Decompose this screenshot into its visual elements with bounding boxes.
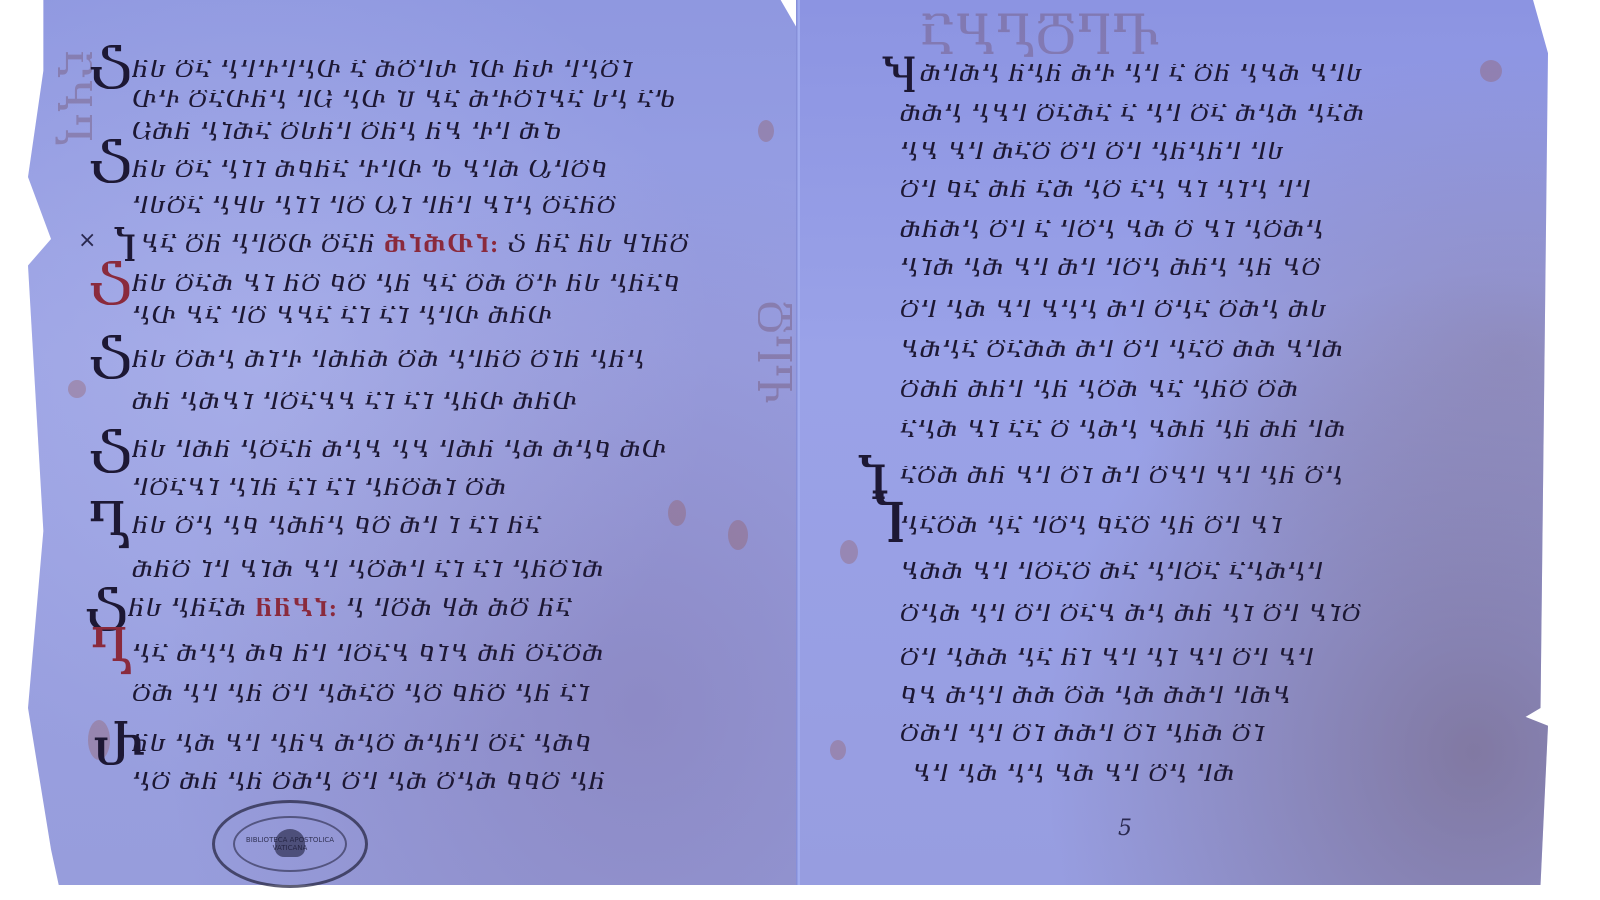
text-line: Ⴂ ႤႣႫ ႷႫ ႫႣ ႬႠ (346, 598, 573, 620)
text-line: ႢႧ ႡႠ ႤႣ ႡႡႠ ႠႨ ႠႨ ႢႤႧ ႫႬႧ (132, 306, 553, 328)
rubric-heading: ႬႬႡႨ: (255, 598, 338, 620)
text-line: ႬႱ ႣႢ ႢႩ ႢႫႬႢ ႩႣ ႫႤ Ⴈ ႠႨ ႬႠ (132, 516, 542, 538)
initial-letter: Ⴢ (88, 46, 133, 98)
initial-letter: Ⴢ (88, 430, 133, 482)
text-line: ႫႬ ႢႫႡႨ ႤႣႠႡႡ ႠႨ ႠႨ ႢႬႧ ႫႬႧ (132, 392, 578, 414)
text-line: ႣႫ ႢႤ ႢႬ ႣႤ ႢႫႠႣ ႢႣ ႩႬႣ ႢႬ ႠႨ (132, 684, 590, 706)
manuscript-left-page: ႠႡႢ ႣႤႥ Ⴢ ႬႱ ႣႠ ႢႤႥႤႢႧ Ⴀ ႫႣႤႰ ႨႧ ႬႰ ႤႢႣႨ… (28, 0, 796, 885)
text-line: ႡႠ ႣႬ ႢႤႣႧ ႣႠႬ ႫႨႫႧႨ: Ⴢ ႬႠ ႬႱ ႷႨႬႣ (140, 234, 690, 256)
margin-mark: × (78, 228, 96, 253)
right-page-text: Ⴏ ႫႤႫႢ ႬႢႬ ႫႥ ႢႤ Ⴀ ႣႬ ႢႡႫ ႡႤႱ ႫႫႢ ႢႡႤ ႣႠ… (800, 0, 1548, 885)
text-line: ႬႱ ႢႬႠႫ (128, 598, 247, 620)
text-line: ႣႤ ႢႫ ႡႤ ႡႢႢ ႫႤ ႣႢႠ ႣႫႢ ႫႱ (900, 300, 1327, 322)
text-line: ႣႤ ႢႫႫ ႢႠ ႬႨ ႡႤ ႢႨ ႡႤ ႣႤ ႡႤ (900, 648, 1315, 670)
initial-letter: Ⴏ (882, 52, 917, 104)
text-line: ႡႤ ႢႫ ႢႢ ႡႫ ႡႤ ႣႢ ႤႫ (912, 764, 1235, 786)
initial-letter: Ⴂ (88, 502, 131, 554)
text-line: ႫႬႣ ႨႤ ႡႨႫ ႡႤ ႢႣႫႤ ႠႨ ႠႨ ႢႬႣႨႫ (132, 560, 604, 582)
text-line: ႠႢႫ ႡႨ ႠႠ Ⴃ ႢႫႢ ႡႫႬ ႢႬ ႫႬ ႤႫ (900, 420, 1346, 442)
text-line: ႺႫႬ ႢႨႫႠ ႣႱႬႤ ႣႬႢ ႬႡ ႥႤ ႫႦ (132, 122, 563, 144)
text-line: ႡႫႫ ႡႤ ႤႣႠႣ ႫႠ ႢႤႣႠ ႠႢႫႢႤ (900, 562, 1324, 584)
initial-letter-red: Ⴢ (88, 262, 133, 314)
text-line: ႤႱႣႠ ႢႷႱ ႢႨႨ ႤႣ ႭႨ ႤႬႤ ႡႨႢ ႣႠႬႣ (132, 196, 617, 218)
manuscript-right-page: ႠႡႢႣႤႥ Ⴏ ႫႤႫႢ ႬႢႬ ႫႥ ႢႤ Ⴀ ႣႬ ႢႡႫ ႡႤႱ ႫႫႢ… (800, 0, 1548, 885)
text-line: ႧႥ ႣႠႧႬႢ ႤႺ ႢႧ Ⴎ ႡႠ ႫႥႣႨႡႠ ႱႢ ႠႪ (132, 90, 676, 112)
text-line: ႣႫႬ ႫႬႤ ႢႬ ႢႣႫ ႡႠ ႢႬႣ ႣႫ (900, 380, 1299, 402)
initial-letter-red: Ⴂ (90, 628, 133, 680)
text-line: ႣႤ ႩႠ ႫႬ ႠႫ ႢႣ ႠႢ ႡႨ ႢႨႢ ႤႤ (900, 180, 1312, 202)
text-line: ႬႱ ႣႠ ႢႨႨ ႫႩႬႠ ႥႤႧ Ⴊ ႡႤႫ ႭႤႣႩ (132, 160, 608, 182)
stamp-emblem-icon (275, 829, 305, 857)
text-line: ႢႡ ႡႤ ႫႠႣ ႣႤ ႣႤ ႢႬႢႬႤ ႤႱ (900, 142, 1285, 164)
text-line: ႫႫႢ ႢႡႤ ႣႠႫႠ Ⴀ ႢႤ ႣႠ ႫႢႫ ႢႠႫ (900, 104, 1365, 126)
text-line: ႫႬႫႢ ႣႤ Ⴀ ႤႣႢ ႡႫ Ⴃ ႡႨ ႢႣႫႢ (900, 220, 1325, 242)
text-line: ႢႨႫ ႢႫ ႡႤ ႫႤ ႤႣႢ ႫႬႢ ႢႬ ႡႣ (900, 258, 1322, 280)
left-page-text: Ⴢ ႬႱ ႣႠ ႢႤႥႤႢႧ Ⴀ ႫႣႤႰ ႨႧ ႬႰ ႤႢႣႨ ႧႥ ႣႠႧႬ… (28, 0, 796, 885)
text-line: ႬႱ ႣႠ ႢႤႥႤႢႧ Ⴀ ႫႣႤႰ ႨႧ ႬႰ ႤႢႣႨ (132, 60, 634, 82)
initial-letter: Ⴢ (88, 336, 133, 388)
text-line: ႡႠ ႣႬ ႢႤႣႧ ႣႠႬ (140, 234, 376, 256)
initial-letter: Ⴢ (88, 140, 133, 192)
text-line: ႫႤႫႢ ႬႢႬ ႫႥ ႢႤ Ⴀ ႣႬ ႢႡႫ ႡႤႱ (920, 64, 1363, 86)
text-line: ႬႱ ႢႬႠႫ ႬႬႡႨ: Ⴂ ႤႣႫ ႷႫ ႫႣ ႬႠ (128, 598, 573, 620)
text-line: ႤႣႠႡႨ ႢႨႬ ႠႨ ႠႨ ႢႬႣႫႨ ႣႫ (132, 478, 507, 500)
text-line: ႬႱ ႣႫႢ ႫႨႥ ႤႫႬႫ ႣႫ ႢႤႬႣ ႣႨႬ ႢႬႢ (132, 350, 646, 372)
text-line: Ⴢ ႬႠ ႬႱ ႷႨႬႣ (507, 234, 689, 256)
text-line: ႢႠႣႫ ႢႠ ႤႣႢ ႩႠႣ ႢႬ ႣႤ ႡႨ (900, 516, 1283, 538)
text-line: ႠႣႫ ႫႬ ႡႤ ႣႨ ႫႤ ႣႡႤ ႡႤ ႢႬ ႣႢ (900, 466, 1344, 488)
text-line: ႩႡ ႫႢႤ ႫႫ ႣႫ ႢႫ ႫႫႤ ႤႫႡ (900, 686, 1292, 708)
text-line: ႢႠ ႫႢႢ ႫႩ ႬႤ ႤႣႠႡ ႩႨႡ ႫႬ ႣႠႣႫ (132, 644, 604, 666)
text-line: ႡႫႢႠ ႣႠႫႫ ႫႤ ႣႤ ႢႠႣ ႫႫ ႡႤႫ (900, 340, 1344, 362)
text-line: ႢႣ ႫႬ ႢႬ ႣႫႢ ႣႤ ႢႫ ႣႢႫ ႩႩႣ ႢႬ (132, 772, 606, 794)
text-line: ႣႢႫ ႢႤ ႣႤ ႣႠႡ ႫႢ ႫႬ ႢႨ ႣႤ ႡႨႣ (900, 604, 1362, 626)
folio-number: 5 (1118, 816, 1132, 841)
library-stamp: BIBLIOTECA APOSTOLICA VATICANA (212, 800, 368, 888)
text-line: ႬႱ ႣႠႫ ႡႨ ႬႣ ႩႣ ႢႬ ႡႠ ႣႫ ႣႥ ႬႱ ႢႬႠႩ (132, 274, 681, 296)
rubric-heading: ႫႨႫႧႨ: (384, 234, 499, 256)
text-line: ႬႱ ႤႫႬ ႢႣႠႬ ႫႢႡ ႢႡ ႤႫႬ ႢႫ ႫႢႩ ႫႧ (132, 440, 667, 462)
text-line: ႬႱ ႢႫ ႡႤ ႢႬႡ ႫႢႣ ႫႢႬႤ ႣႠ ႢႫႩ (132, 734, 592, 756)
text-line: ႣႫႤ ႢႤ ႣႨ ႫႫႤ ႣႨ ႢႬႫ ႣႨ (900, 724, 1266, 746)
